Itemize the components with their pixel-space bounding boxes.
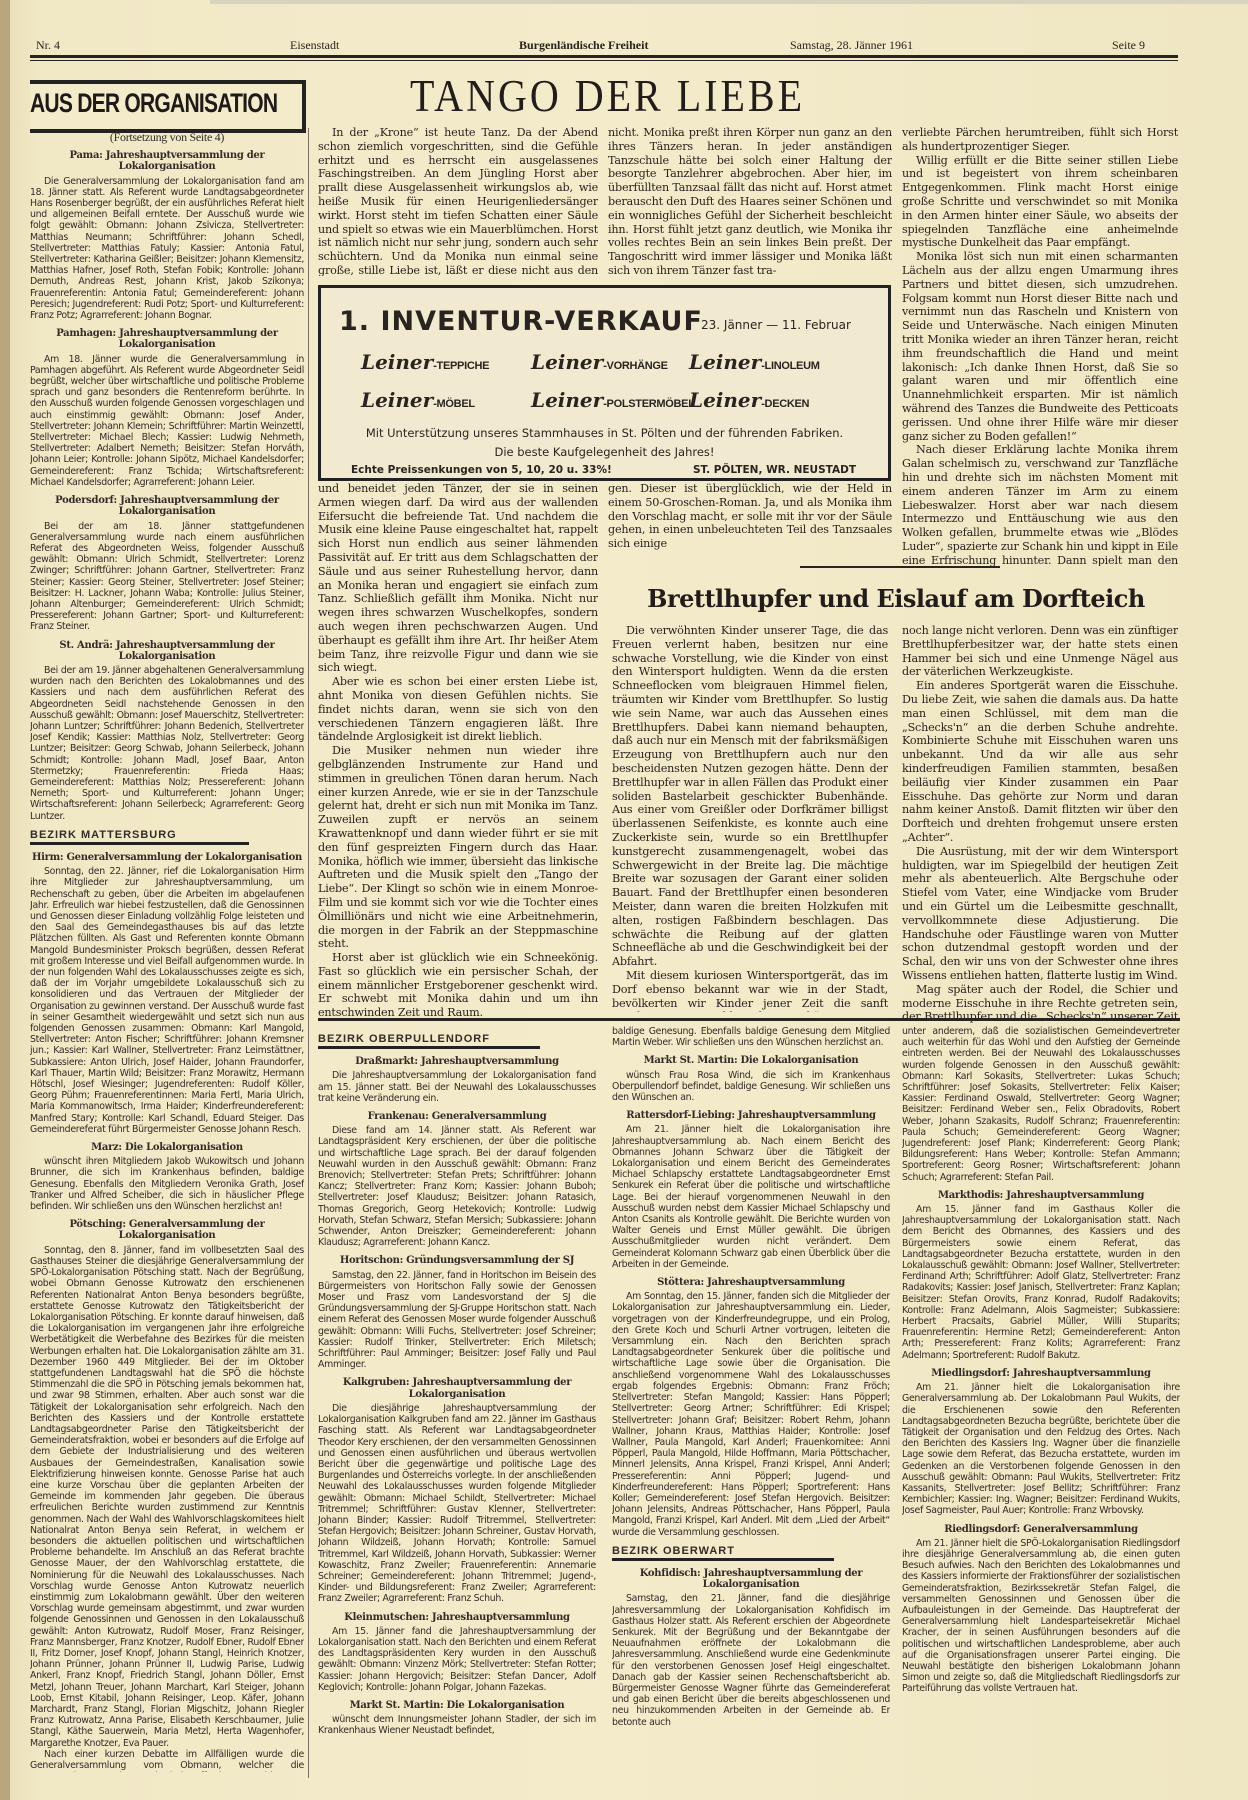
continuation-note: (Fortsetzung von Seite 4) xyxy=(30,132,304,143)
newspaper-page: Nr. 4 Eisenstadt Burgenländische Freihei… xyxy=(0,0,1248,1800)
issue-date: Samstag, 28. Jänner 1961 xyxy=(790,38,913,53)
brand-logo: Leiner xyxy=(361,350,433,374)
leiner-advertisement: 1. INVENTUR-VERKAUF 23. Jänner — 11. Feb… xyxy=(318,285,891,481)
item-title: Markt St. Martin: Die Lokalorganisation xyxy=(612,1055,890,1066)
item-title: Horitschon: Gründungsversammlung der SJ xyxy=(318,1255,596,1266)
item-text: Sonntag, den 22. Jänner, rief die Lokalo… xyxy=(30,866,304,1135)
place: Eisenstadt xyxy=(290,38,339,53)
item-title: Kohfidisch: Jahreshauptversammlung der L… xyxy=(612,1568,890,1590)
item-text: Am 18. Jänner wurde die Generalversammlu… xyxy=(30,354,304,488)
tango-col3: verliebte Pärchen herumtreiben, fühlt si… xyxy=(902,126,1178,566)
item-title: St. Andrä: Jahreshauptversammlung der Lo… xyxy=(30,640,304,662)
tango-col1-bottom: und beneidet jeden Tänzer, der sie in se… xyxy=(318,482,598,1017)
ad-line-1: Mit Unterstützung unseres Stammhauses in… xyxy=(321,426,888,440)
paragraph: Mit diesem kuriosen Wintersportgerät, da… xyxy=(612,969,888,1012)
paragraph: unter anderem, daß die sozialistischen G… xyxy=(902,1026,1180,1183)
item-text: Sonntag, den 8. Jänner, fand im vollbese… xyxy=(30,1245,304,1749)
item-text: wünscht ihren Mitgliedern Jakob Wukowits… xyxy=(30,1156,304,1212)
section-kicker-text: AUS DER ORGANISATION xyxy=(30,88,277,119)
item-text: Am 15. Jänner fand die Jahreshauptversam… xyxy=(318,1626,596,1693)
paragraph: Horst aber ist glücklich wie ein Schneek… xyxy=(318,951,598,1017)
ad-product: Leiner-TEPPICHE xyxy=(361,350,489,374)
tango-col2-bottom: gen. Dieser ist überglücklich, wie der H… xyxy=(608,482,892,550)
item-text: Am 15. Jänner fand im Gasthaus Koller di… xyxy=(902,1204,1180,1361)
page-edge xyxy=(0,0,10,1800)
item-title: Markthodis: Jahreshauptversammlung xyxy=(902,1190,1180,1201)
ad-product: Leiner-VORHÄNGE xyxy=(531,350,668,374)
item-title: Miedlingsdorf: Jahreshauptversammlung xyxy=(902,1368,1180,1379)
item-text: Diese fand am 14. Jänner statt. Als Refe… xyxy=(318,1125,596,1248)
brettl-col2: noch lange nicht verloren. Denn was ein … xyxy=(902,624,1178,1024)
item-text: Bei der am 18. Jänner stattgefundenen Ge… xyxy=(30,521,304,633)
item-title: Draßmarkt: Jahreshauptversammlung xyxy=(318,1056,596,1067)
item-title: Rattersdorf-Liebing: Jahreshauptversamml… xyxy=(612,1110,890,1121)
tango-col2-top: nicht. Monika preßt ihren Körper nun gan… xyxy=(608,126,892,276)
column-divider xyxy=(308,128,309,1778)
scan-strip xyxy=(210,0,1248,4)
item-text: Am Sonntag, den 15. Jänner, fanden sich … xyxy=(612,1291,890,1537)
paper-name: Burgenländische Freiheit xyxy=(519,38,648,53)
ad-product: Leiner-LINOLEUM xyxy=(689,350,820,374)
item-text: Die Generalversammlung der Lokalorganisa… xyxy=(30,176,304,322)
item-title: Stöttera: Jahreshauptversammlung xyxy=(612,1277,890,1288)
item-text: Am 21. Jänner hielt die Lokalorganisatio… xyxy=(612,1124,890,1270)
left-items-2: Hirm: Generalversammlung der Lokalorgani… xyxy=(30,852,304,1772)
section-kicker: AUS DER ORGANISATION xyxy=(30,80,306,133)
col3-items-2: Kohfidisch: Jahreshauptversammlung der L… xyxy=(612,1568,890,1728)
product-label: -MÖBEL xyxy=(433,398,475,410)
item-text: Die Jahreshauptversammlung der Lokalorga… xyxy=(318,1070,596,1104)
ad-locations: ST. PÖLTEN, WR. NEUSTADT xyxy=(693,464,856,476)
header-rule xyxy=(30,55,1178,58)
left-column: (Fortsetzung von Seite 4) Pama: Jahresha… xyxy=(30,132,304,1772)
product-label: -LINOLEUM xyxy=(761,360,819,372)
paragraph: und beneidet jeden Tänzer, der sie in se… xyxy=(318,482,598,675)
paragraph: In der „Krone“ ist heute Tanz. Da der Ab… xyxy=(318,126,598,276)
paragraph: nicht. Monika preßt ihren Körper nun gan… xyxy=(608,126,892,276)
paragraph: Willig erfüllt er die Bitte seiner still… xyxy=(902,154,1178,251)
paragraph: Die Ausrüstung, mit der wir dem Wintersp… xyxy=(902,845,1178,983)
brand-logo: Leiner xyxy=(689,388,761,412)
oberpullendorf-items: Draßmarkt: JahreshauptversammlungDie Jah… xyxy=(318,1056,596,1736)
page-header: Nr. 4 Eisenstadt Burgenländische Freihei… xyxy=(30,38,1185,54)
bezirk-heading: BEZIRK OBERWART xyxy=(612,1546,834,1561)
product-label: -VORHÄNGE xyxy=(603,360,668,372)
item-title: Kleinmutschen: Jahreshauptversammlung xyxy=(318,1612,596,1623)
lower-column-3: baldige Genesung. Ebenfalls baldige Gene… xyxy=(612,1026,890,1786)
item-title: Riedlingsdorf: Generalversammlung xyxy=(902,1524,1180,1535)
section-rule xyxy=(318,1018,1180,1021)
paragraph: Die verwöhnten Kinder unserer Tage, die … xyxy=(612,624,888,969)
item-text: Am 21. Jänner hielt die Lokalorganisatio… xyxy=(902,1382,1180,1516)
item-text: Die diesjährige Jahreshauptversammlung d… xyxy=(318,1403,596,1605)
left-items: Pama: Jahreshauptversammlung der Lokalor… xyxy=(30,150,304,822)
item-text: Am 21. Jänner hielt die SPÖ-Lokalorganis… xyxy=(902,1538,1180,1695)
item-title: Marz: Die Lokalorganisation xyxy=(30,1142,304,1153)
brand-logo: Leiner xyxy=(689,350,761,374)
issue-number: Nr. 4 xyxy=(36,38,60,53)
item-title: Pamhagen: Jahreshauptversammlung der Lok… xyxy=(30,328,304,350)
paragraph: Nach dieser Erklärung lachte Monika ihre… xyxy=(902,443,1178,566)
item-title: Frankenau: Generalversammlung xyxy=(318,1111,596,1122)
article-title-tango: TANGO DER LIEBE xyxy=(320,68,895,122)
paragraph: baldige Genesung. Ebenfalls baldige Gene… xyxy=(612,1026,890,1048)
header-rule-thin xyxy=(30,60,1178,61)
brand-logo: Leiner xyxy=(531,350,603,374)
brettl-col1: Die verwöhnten Kinder unserer Tage, die … xyxy=(612,624,888,1012)
item-title: Kalkgruben: Jahreshauptversammlung der L… xyxy=(318,1377,596,1399)
item-text: wünsch Frau Rosa Wind, die sich im Krank… xyxy=(612,1070,890,1104)
item-text: wünscht dem Innungsmeister Johann Stadle… xyxy=(318,1714,596,1736)
ad-product: Leiner-DECKEN xyxy=(689,388,809,412)
product-label: -POLSTERMÖBEL xyxy=(603,398,694,410)
ad-product: Leiner-POLSTERMÖBEL xyxy=(531,388,695,412)
bezirk-heading: BEZIRK MATTERSBURG xyxy=(30,830,249,845)
page-number: Seite 9 xyxy=(1112,38,1145,53)
item-title: Podersdorf: Jahreshauptversammlung der L… xyxy=(30,495,304,517)
item-title: Pama: Jahreshauptversammlung der Lokalor… xyxy=(30,150,304,172)
paragraph: noch lange nicht verloren. Denn was ein … xyxy=(902,624,1178,679)
paragraph: gen. Dieser ist überglücklich, wie der H… xyxy=(608,482,892,550)
paragraph: Die Musiker nehmen nun wieder ihre gelbg… xyxy=(318,744,598,951)
oberpullendorf-column: BEZIRK OBERPULLENDORF Draßmarkt: Jahresh… xyxy=(318,1026,596,1786)
article-title-brettlhupfer: Brettlhupfer und Eislauf am Dorfteich xyxy=(612,584,1180,613)
item-text: Bei der am 19. Jänner abgehaltenen Gener… xyxy=(30,665,304,822)
paragraph: Aber wie es schon bei einer ersten Liebe… xyxy=(318,675,598,744)
item-text: Nach einer kurzen Debatte im Allfälligen… xyxy=(30,1749,304,1772)
col4-items: Markthodis: JahreshauptversammlungAm 15.… xyxy=(902,1190,1180,1695)
title-rule xyxy=(800,566,1000,568)
item-text: Samstag, den 21. Jänner, fand die diesjä… xyxy=(612,1593,890,1727)
col3-items: Markt St. Martin: Die Lokalorganisationw… xyxy=(612,1055,890,1537)
brand-logo: Leiner xyxy=(531,388,603,412)
tango-col1-top: In der „Krone“ ist heute Tanz. Da der Ab… xyxy=(318,126,598,276)
item-title: Hirm: Generalversammlung der Lokalorgani… xyxy=(30,852,304,863)
ad-discounts: Echte Preissenkungen von 5, 10, 20 u. 33… xyxy=(351,464,612,476)
ad-dates: 23. Jänner — 11. Februar xyxy=(701,318,851,332)
paragraph: Monika löst sich nun mit einen scharmant… xyxy=(902,250,1178,443)
lower-column-4: unter anderem, daß die sozialistischen G… xyxy=(902,1026,1180,1786)
product-label: -TEPPICHE xyxy=(433,360,489,372)
product-label: -DECKEN xyxy=(761,398,809,410)
item-title: Markt St. Martin: Die Lokalorganisation xyxy=(318,1700,596,1711)
paragraph: verliebte Pärchen herumtreiben, fühlt si… xyxy=(902,126,1178,154)
ad-line-2: Die beste Kaufgelegenheit des Jahres! xyxy=(321,445,888,459)
ad-headline: 1. INVENTUR-VERKAUF xyxy=(339,306,703,337)
item-text: Samstag, den 22. Jänner, fand in Horitsc… xyxy=(318,1270,596,1371)
paragraph: Ein anderes Sportgerät waren die Eisschu… xyxy=(902,679,1178,845)
bezirk-heading: BEZIRK OBERPULLENDORF xyxy=(318,1034,540,1049)
item-title: Pötsching: Generalversammlung der Lokalo… xyxy=(30,1219,304,1241)
brand-logo: Leiner xyxy=(361,388,433,412)
ad-product: Leiner-MÖBEL xyxy=(361,388,475,412)
